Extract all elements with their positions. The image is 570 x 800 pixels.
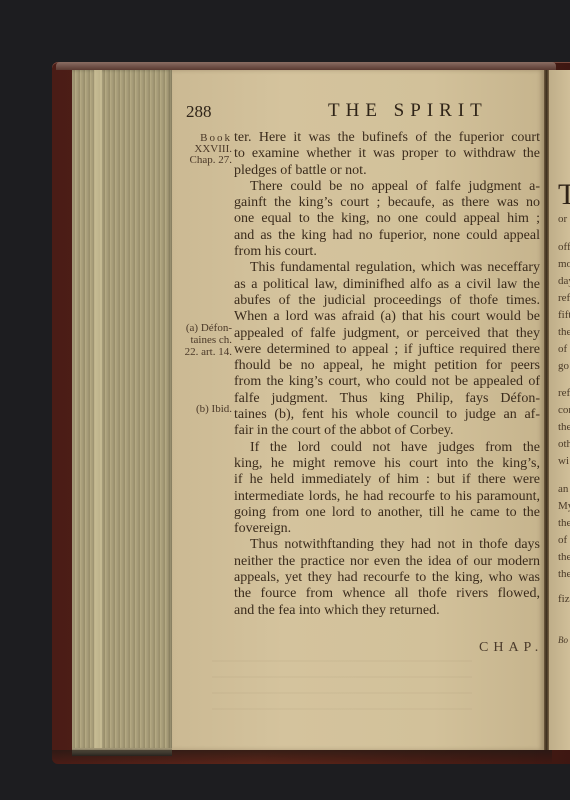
sidenote-chapter: Chap. 27. <box>172 155 232 166</box>
catchword: CHAP. <box>479 640 543 656</box>
text-line: to examine whether it was proper to with… <box>234 146 540 162</box>
text-line: intermediate lords, he had recourfe to h… <box>234 489 540 505</box>
text-line: pledges of battle or not. <box>234 163 540 179</box>
fragment: ref <box>558 388 570 399</box>
paragraph-start: This fundamental regulation, which was n… <box>234 260 540 276</box>
text-line: abufes of the judicial proceedings of th… <box>234 293 540 309</box>
fragment: of <box>558 535 567 546</box>
text-line: and as the king had no fuperior, none co… <box>234 228 540 244</box>
paragraph-start: Thus notwithftanding they had not in tho… <box>234 537 540 553</box>
running-head-title: THE SPIRIT <box>328 100 488 122</box>
fragment: fiz <box>558 594 570 605</box>
text-line: ter. Here it was the bufinefs of the fup… <box>234 130 540 146</box>
fragment: Bo <box>558 636 568 645</box>
fragment: day <box>558 276 570 287</box>
fragment: cor <box>558 405 570 416</box>
paragraph-start: If the lord could not have judges from t… <box>234 440 540 456</box>
running-head: 288 THE SPIRIT <box>186 100 536 122</box>
footnote-a-line2: taines ch. <box>172 335 232 346</box>
body-text: ter. Here it was the bufinefs of the fup… <box>234 130 540 619</box>
fragment: mo <box>558 259 570 270</box>
text-line: fhould be no appeal, he might petition f… <box>234 358 540 374</box>
text-line: gainft the king’s court ; becaufe, as th… <box>234 195 540 211</box>
cover-top-edge <box>56 62 556 70</box>
fragment: or <box>558 214 567 225</box>
fragment: fift <box>558 310 570 321</box>
page-edges-stack <box>72 70 172 750</box>
fragment: the <box>558 569 570 580</box>
text-line: fovereign. <box>234 521 540 537</box>
drop-cap: T <box>558 178 570 212</box>
fragment: the <box>558 552 570 563</box>
show-through-text <box>212 660 472 720</box>
fragment: the <box>558 327 570 338</box>
footnote-a-line1: (a) Défon- <box>172 323 232 334</box>
fragment: ref <box>558 293 570 304</box>
fragment: go <box>558 361 569 372</box>
fragment: off <box>558 242 570 253</box>
fragment: wi <box>558 456 569 467</box>
fragment: My <box>558 501 570 512</box>
page-number: 288 <box>186 102 212 122</box>
next-page-sliver: T or off mo day ref fift the of go ref c… <box>549 70 570 750</box>
text-line: fair in the court of the abbot of Corbey… <box>234 423 540 439</box>
text-line: and the fea into which they returned. <box>234 603 540 619</box>
text-line: from the king’s court, who could not be … <box>234 374 540 390</box>
footnote-b: (b) Ibid. <box>172 404 232 415</box>
book-page: 288 THE SPIRIT Book XXVIII. Chap. 27. (a… <box>172 70 544 750</box>
fragment: the <box>558 518 570 529</box>
text-line: one equal to the king, no one could appe… <box>234 211 540 227</box>
fragment: of <box>558 344 567 355</box>
fragment: oth <box>558 439 570 450</box>
fragment: an <box>558 484 568 495</box>
text-line: taines (b), fent his whole council to ju… <box>234 407 540 423</box>
text-line: appealed of falfe judgment, or perceived… <box>234 326 540 342</box>
text-line: from his court. <box>234 244 540 260</box>
text-line: king, he might remove his court into the… <box>234 456 540 472</box>
text-line: as a political law, diminifhed alfo as a… <box>234 277 540 293</box>
text-line: falfe judgment. Thus king Philip, fays D… <box>234 391 540 407</box>
book-photo: 288 THE SPIRIT Book XXVIII. Chap. 27. (a… <box>0 0 570 800</box>
text-line: appeals, yet they had recourfe to the ki… <box>234 570 540 586</box>
text-line: the fource from whence all thofe rivers … <box>234 586 540 602</box>
footnote-a-line3: 22. art. 14. <box>172 347 232 358</box>
bottom-shadow <box>52 750 552 764</box>
text-line: going from one lord to another, till he … <box>234 505 540 521</box>
paragraph-start: There could be no appeal of falfe judgme… <box>234 179 540 195</box>
text-line: were determined to appeal ; if juftice r… <box>234 342 540 358</box>
fragment: the <box>558 422 570 433</box>
text-line: neither the practice nor even the idea o… <box>234 554 540 570</box>
text-line: if he held immediately of him : but if t… <box>234 472 540 488</box>
text-line: When a lord was afraid (a) that his cour… <box>234 309 540 325</box>
